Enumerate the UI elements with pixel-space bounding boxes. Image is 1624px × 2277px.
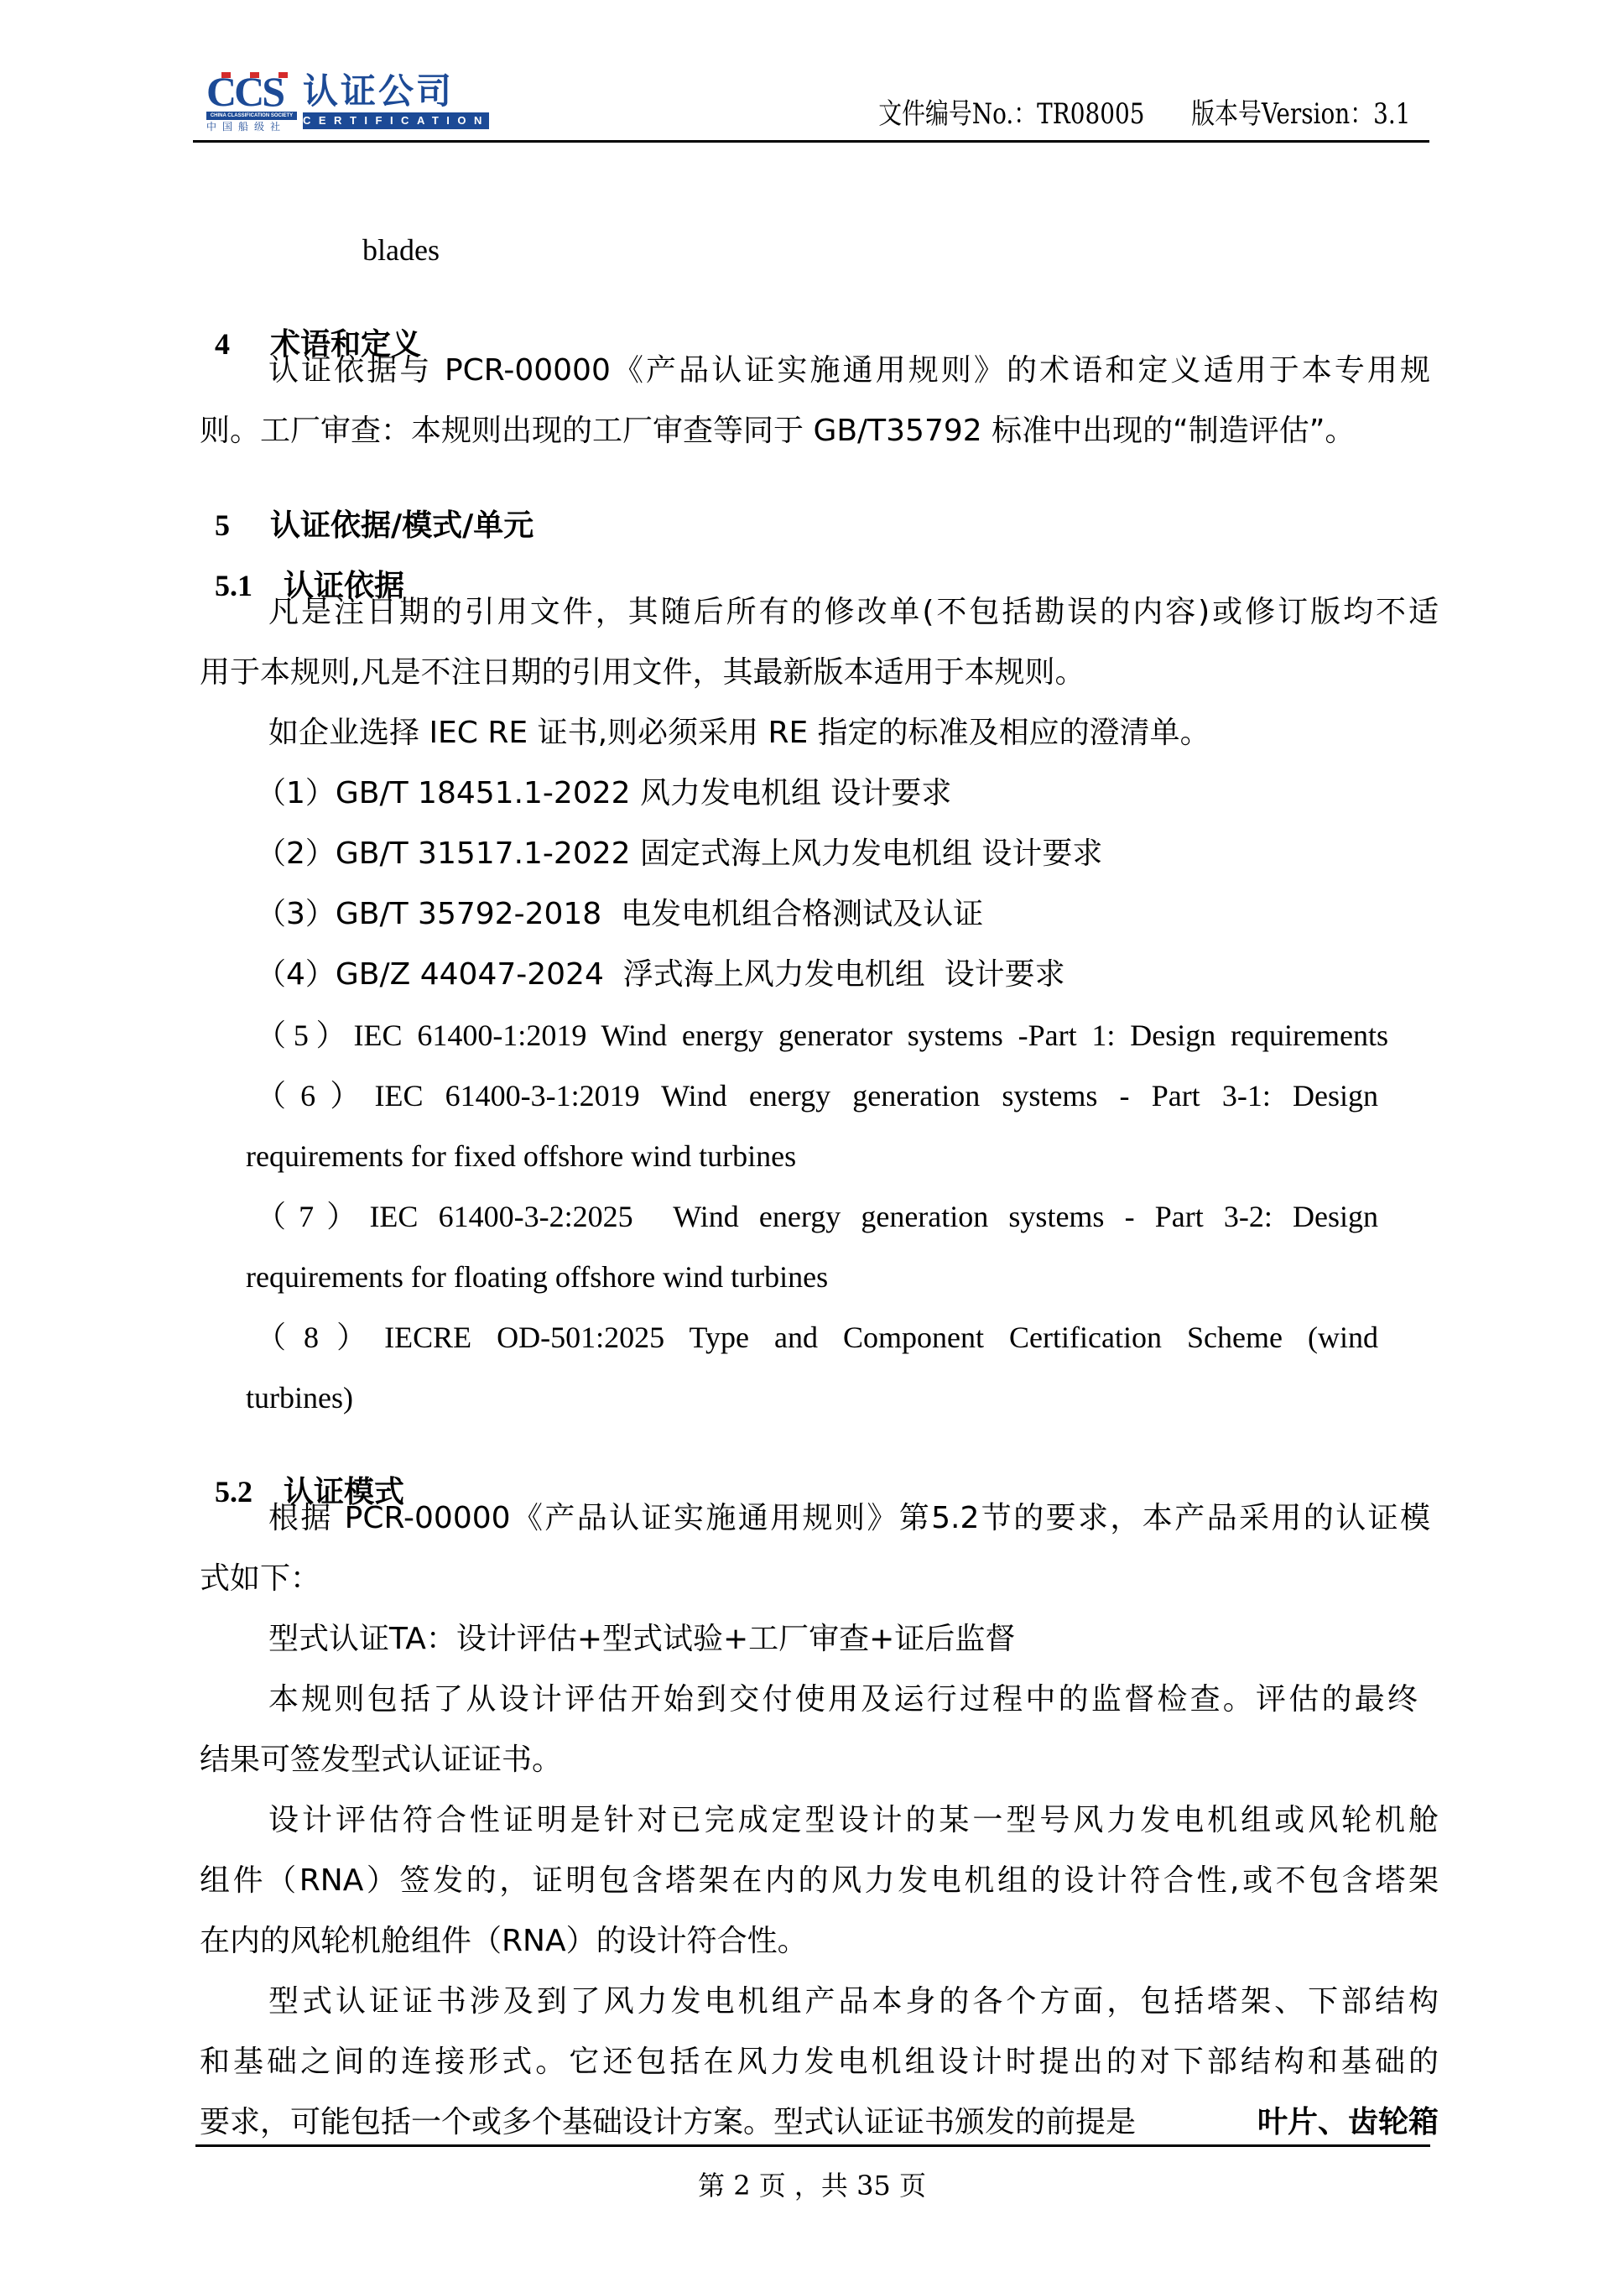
standard-item-2: （2）GB/T 31517.1-2022 固定式海上风力发电机组 设计要求 (256, 837, 1102, 871)
section-5-1-heading: 5.1认证依据 (200, 535, 404, 603)
document-number-version: 文件编号No.：TR08005 版本号Version：3.1 (878, 97, 1410, 131)
section-5-heading: 5认证依据/模式/单元 (200, 475, 534, 543)
paragraph-line: 型式认证证书涉及到了风力发电机组产品本身的各个方面，包括塔架、下部结构 (268, 1985, 1439, 2019)
section-4-heading: 4术语和定义 (200, 294, 421, 362)
logo-society-en: CHINA CLASSIFICATION SOCIETY (206, 112, 297, 120)
standard-item-3: （3）GB/T 35792-2018 电发电机组合格测试及认证 (256, 898, 983, 931)
paragraph-line: 如企业选择 IEC RE 证书,则必须采用 RE 指定的标准及相应的澄清单。 (268, 716, 1210, 750)
standard-item-1: （1）GB/T 18451.1-2022 风力发电机组 设计要求 (256, 777, 951, 810)
section-number: 4 (215, 327, 270, 361)
paragraph-line-text: 要求，可能包括一个或多个基础设计方案。型式认证证书颁发的前提是 (200, 2106, 1136, 2139)
standard-item-8: （8）IECRE OD-501:2025 Type and Component … (256, 1321, 1378, 1354)
paragraph-line: 和基础之间的连接形式。它还包括在风力发电机组设计时提出的对下部结构和基础的 (200, 2045, 1439, 2079)
paragraph-line: 凡是注日期的引用文件，其随后所有的修改单(不包括勘误的内容)或修订版均不适 (268, 596, 1439, 629)
ccs-certification-logo: CCS CHINA CLASSIFICATION SOCIETY 中国船级社 认… (206, 72, 500, 133)
section-5-2-heading: 5.2认证模式 (200, 1441, 404, 1509)
logo-company-en: CERTIFICATION (303, 112, 489, 129)
header-rule (193, 140, 1429, 143)
standard-item-7: （7）IEC 61400-3-2:2025 Wind energy genera… (256, 1200, 1378, 1233)
paragraph-line: 设计评估符合性证明是针对已完成定型设计的某一型号风力发电机组或风轮机舱 (268, 1804, 1439, 1837)
footer-rule (195, 2144, 1430, 2147)
logo-company-cn: 认证公司 (303, 72, 454, 111)
logo-society-cn: 中国船级社 (206, 121, 297, 133)
paragraph-line: 认证依据与 PCR-00000《产品认证实施通用规则》的术语和定义适用于本专用规 (268, 354, 1430, 388)
paragraph-line: 组件（RNA）签发的，证明包含塔架在内的风力发电机组的设计符合性,或不包含塔架 (200, 1864, 1439, 1898)
certification-mode-line: 型式认证TA：设计评估+型式试验+工厂审查+证后监督 (268, 1623, 1015, 1656)
standard-item-7-continuation: requirements for floating offshore wind … (246, 1260, 828, 1294)
paragraph-line: 结果可签发型式认证证书。 (200, 1743, 562, 1777)
standard-item-5: （5）IEC 61400-1:2019 Wind energy generato… (256, 1019, 1388, 1052)
standard-item-6: （6）IEC 61400-3-1:2019 Wind energy genera… (256, 1079, 1378, 1112)
paragraph-last-line: 要求，可能包括一个或多个基础设计方案。型式认证证书颁发的前提是叶片、齿轮箱 (200, 2106, 1439, 2139)
paragraph-line: 在内的风轮机舱组件（RNA）的设计符合性。 (200, 1925, 808, 1958)
standard-item-4: （4）GB/Z 44047-2024 浮式海上风力发电机组 设计要求 (256, 958, 1065, 992)
carryover-text: blades (362, 233, 440, 267)
bold-emphasis-text: 叶片、齿轮箱 (1257, 2106, 1439, 2139)
paragraph-line: 式如下： (200, 1562, 320, 1596)
page-number: 第 2 页 ，共 35 页 (0, 2169, 1624, 2202)
paragraph-line: 用于本规则,凡是不注日期的引用文件，其最新版本适用于本规则。 (200, 656, 1085, 690)
paragraph-line: 根据 PCR-00000《产品认证实施通用规则》第5.2节的要求，本产品采用的认… (268, 1502, 1430, 1535)
paragraph-line: 本规则包括了从设计评估开始到交付使用及运行过程中的监督检查。评估的最终 (268, 1683, 1418, 1717)
paragraph-line: 则。工厂审查：本规则出现的工厂审查等同于 GB/T35792 标准中出现的“制造… (200, 414, 1355, 448)
standard-item-8-continuation: turbines) (246, 1381, 353, 1415)
standard-item-6-continuation: requirements for fixed offshore wind tur… (246, 1139, 796, 1173)
logo-ccs-text: CCS (206, 72, 283, 111)
